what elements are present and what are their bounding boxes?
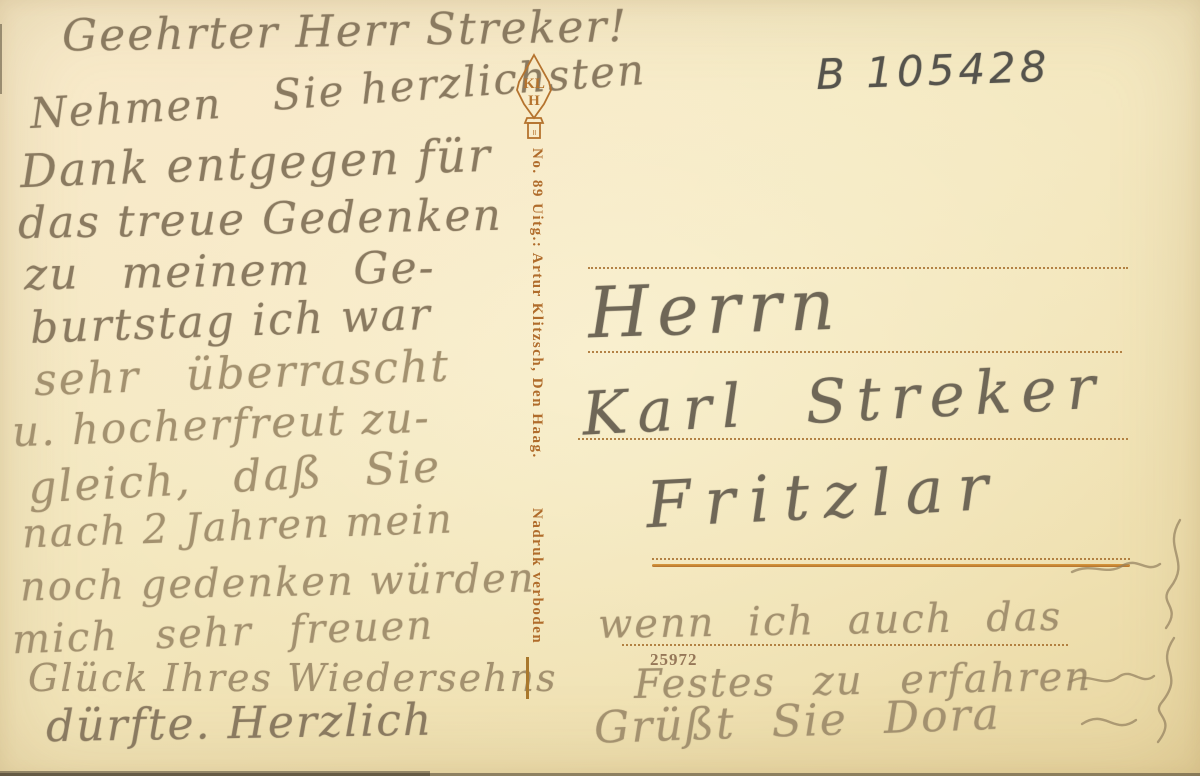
message-line: Glück Ihres Wiedersehns	[28, 656, 558, 700]
pencil-catalog-number: B 105428	[815, 42, 1051, 99]
message-line: Nehmen	[29, 79, 224, 138]
scan-edge-bottom-left	[0, 771, 430, 776]
copyright-notice: Nadruk verboden	[528, 508, 545, 644]
message-line: das treue Gedenken	[18, 190, 504, 249]
message-line: wenn ich auch das	[598, 594, 1063, 648]
address-rule	[622, 644, 1068, 646]
message-line: Dank entgegen für	[19, 128, 493, 198]
svg-text:॥: ॥	[532, 128, 537, 137]
svg-text:H: H	[528, 93, 540, 109]
address-rule	[652, 558, 1130, 560]
scan-edge-left	[0, 24, 2, 94]
publisher-logo-icon: KL H ॥	[503, 52, 565, 148]
divider-tick	[526, 657, 529, 699]
message-line: noch gedenken würden	[20, 556, 536, 611]
address-name: Karl Streker	[581, 352, 1107, 449]
address-town: Fritzlar	[644, 451, 1004, 544]
svg-text:KL: KL	[523, 76, 545, 92]
town-underline	[652, 564, 1130, 567]
publisher-imprint: No. 89 Uitg.: Artur Klitzsch, Den Haag.	[528, 148, 545, 459]
margin-scribble	[1062, 510, 1200, 770]
address-salutation: Herrn	[587, 264, 844, 355]
control-number: 25972	[650, 650, 698, 670]
message-line: dürfte. Herzlich	[46, 695, 434, 753]
message-line: mich sehr freuen	[11, 603, 435, 664]
